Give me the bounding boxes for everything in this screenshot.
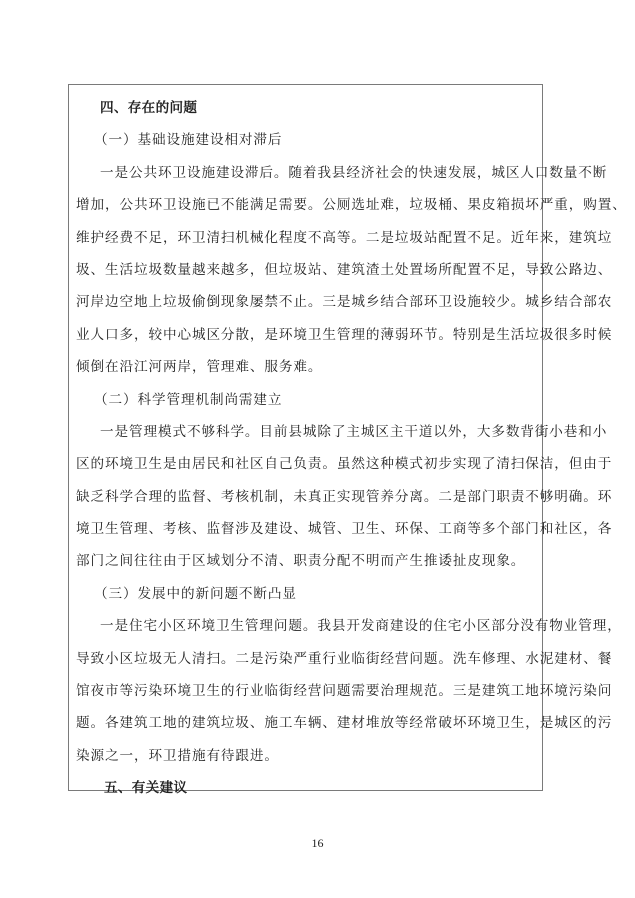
paragraph-line: 河岸边空地上垃圾偷倒现象屡禁不止。三是城乡结合部环卫设施较少。城乡结合部农 bbox=[76, 286, 538, 318]
section-heading: 四、存在的问题 bbox=[76, 92, 538, 124]
paragraph-line: 业人口多，较中心城区分散，是环境卫生管理的薄弱环节。特别是生活垃圾很多时候 bbox=[76, 319, 538, 351]
subsection-heading: （二）科学管理机制尚需建立 bbox=[76, 384, 538, 416]
paragraph-line: 馆夜市等污染环境卫生的行业临街经营问题需要治理规范。三是建筑工地环境污染问 bbox=[76, 675, 538, 707]
paragraph-line: 一是管理模式不够科学。目前县城除了主城区主干道以外，大多数背街小巷和小 bbox=[76, 416, 538, 448]
subsection-heading: （三）发展中的新问题不断凸显 bbox=[76, 578, 538, 610]
document-body: 四、存在的问题 （一）基础设施建设相对滞后 一是公共环卫设施建设滞后。随着我县经… bbox=[76, 92, 538, 805]
section-heading: 五、有关建议 bbox=[76, 772, 538, 804]
paragraph-line: 维护经费不足，环卫清扫机械化程度不高等。二是垃圾站配置不足。近年来，建筑垃 bbox=[76, 222, 538, 254]
paragraph-line: 导致小区垃圾无人清扫。二是污染严重行业临街经营问题。洗车修理、水泥建材、餐 bbox=[76, 643, 538, 675]
paragraph-line: 倾倒在沿江河两岸，管理难、服务难。 bbox=[76, 351, 538, 383]
paragraph-line: 一是公共环卫设施建设滞后。随着我县经济社会的快速发展，城区人口数量不断 bbox=[76, 157, 538, 189]
paragraph-line: 区的环境卫生是由居民和社区自己负责。虽然这种模式初步实现了清扫保洁，但由于 bbox=[76, 448, 538, 480]
paragraph-line: 题。各建筑工地的建筑垃圾、施工车辆、建材堆放等经常破坏环境卫生，是城区的污 bbox=[76, 707, 538, 739]
paragraph-line: 境卫生管理、考核、监督涉及建设、城管、卫生、环保、工商等多个部门和社区，各 bbox=[76, 513, 538, 545]
paragraph-line: 增加，公共环卫设施已不能满足需要。公厕选址难，垃圾桶、果皮箱损坏严重，购置、 bbox=[76, 189, 538, 221]
paragraph-line: 部门之间往往由于区域划分不清、职责分配不明而产生推诿扯皮现象。 bbox=[76, 545, 538, 577]
paragraph-line: 圾、生活垃圾数量越来越多，但垃圾站、建筑渣土处置场所配置不足，导致公路边、 bbox=[76, 254, 538, 286]
subsection-heading: （一）基础设施建设相对滞后 bbox=[76, 124, 538, 156]
page-number: 16 bbox=[0, 836, 635, 851]
paragraph-line: 染源之一，环卫措施有待跟进。 bbox=[76, 740, 538, 772]
paragraph-line: 缺乏科学合理的监督、考核机制，未真正实现管养分离。二是部门职责不够明确。环 bbox=[76, 481, 538, 513]
paragraph-line: 一是住宅小区环境卫生管理问题。我县开发商建设的住宅小区部分没有物业管理， bbox=[76, 610, 538, 642]
